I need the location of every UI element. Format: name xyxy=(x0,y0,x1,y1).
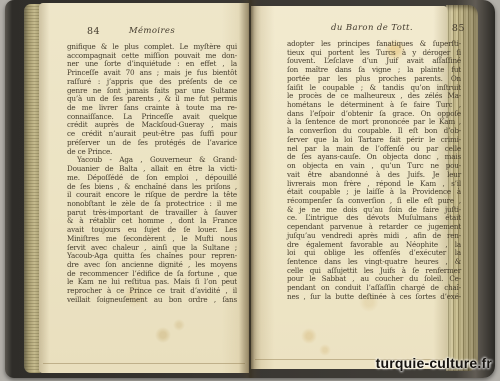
left-running-title: Mémoires xyxy=(67,26,237,36)
left-page-fore-edge xyxy=(24,4,40,373)
text-line: nes , ſur la butte deſtinée à ces ſortes… xyxy=(287,293,461,302)
right-running-title: du Baron de Tott. xyxy=(287,23,457,33)
page-bottom-crease xyxy=(43,363,245,364)
right-page-header: du Baron de Tott. 85 xyxy=(287,23,457,35)
left-page-header: 84 Mémoires xyxy=(67,26,237,38)
left-page: 84 Mémoires gnifique & le plus complet. … xyxy=(39,3,249,373)
watermark: turquie-culture.fr xyxy=(376,355,492,371)
right-page: du Baron de Tott. 85 adopter les princip… xyxy=(251,6,447,369)
photo-open-book: { "book_title_running": "Mémoires du Bar… xyxy=(0,0,500,381)
right-page-number: 85 xyxy=(452,23,465,34)
text-line: veillait ſoigneuſement au bon ordre , ſa… xyxy=(67,296,237,305)
left-page-text: gnifique & le plus complet. Le myſtère q… xyxy=(67,43,237,305)
right-page-text: adopter les principes fanatiques & ſuper… xyxy=(287,40,461,302)
book-cover: 84 Mémoires gnifique & le plus complet. … xyxy=(5,0,495,378)
